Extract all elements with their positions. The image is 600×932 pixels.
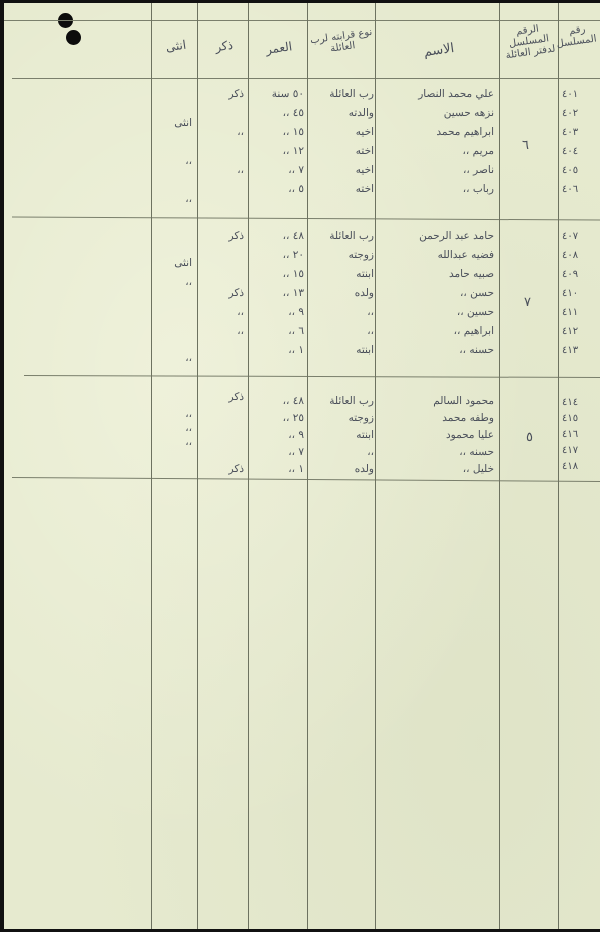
family-3-serials: ٤١٤ ٤١٥ ٤١٦ ٤١٧ ٤١٨ <box>562 395 578 475</box>
serial: ٤١٥ <box>562 411 578 427</box>
member-relation: ،، <box>312 303 374 322</box>
member-age: ٤٨ ،، <box>254 393 304 410</box>
col-line-3 <box>248 3 249 929</box>
col-line-5 <box>375 3 376 929</box>
member-male: ،، <box>202 161 244 180</box>
member-relation: ،، <box>312 322 374 341</box>
member-name: علي محمد النصار <box>384 85 494 104</box>
member-female <box>156 330 192 349</box>
family-1-relations: رب العائلة والدته اخيه اخته اخيه اخته <box>312 85 374 199</box>
serial: ٤١٧ <box>562 443 578 459</box>
member-female <box>156 95 192 114</box>
serial: ٤١٦ <box>562 427 578 443</box>
member-female: ،، <box>156 152 192 171</box>
member-female: ،، <box>156 273 192 292</box>
serial: ٤١٠ <box>562 284 578 303</box>
member-age: ٢٥ ،، <box>254 410 304 427</box>
member-name: نزهه حسين <box>384 104 494 123</box>
family-2-male: ذكر ذكر ،، ،، <box>202 227 244 360</box>
member-name: مريم ،، <box>384 142 494 161</box>
member-age: ٤٨ ،، <box>254 227 304 246</box>
member-age: ٧ ،، <box>254 444 304 461</box>
member-age: ١٢ ،، <box>254 142 304 161</box>
serial: ٤١٣ <box>562 341 578 360</box>
member-age: ٦ ،، <box>254 322 304 341</box>
member-age: ١٣ ،، <box>254 284 304 303</box>
member-name: حسين ،، <box>384 303 494 322</box>
family-1-female: انثى ،، ،، <box>156 95 192 209</box>
member-male <box>202 406 244 424</box>
member-female <box>156 449 192 463</box>
member-male <box>202 180 244 199</box>
member-relation: ،، <box>312 444 374 461</box>
member-female <box>156 133 192 152</box>
member-male: ذكر <box>202 284 244 303</box>
member-relation: والدته <box>312 104 374 123</box>
member-female: انثى <box>156 254 192 273</box>
member-name: عليا محمود <box>384 427 494 444</box>
header-male: ذكر <box>201 38 246 55</box>
member-female <box>156 171 192 190</box>
family-2-rule <box>24 375 600 378</box>
member-name: وطفه محمد <box>384 410 494 427</box>
family-1-names: علي محمد النصار نزهه حسين ابراهيم محمد م… <box>384 85 494 199</box>
member-female <box>156 311 192 330</box>
member-relation: اخته <box>312 180 374 199</box>
member-name: حسنه ،، <box>384 444 494 461</box>
family-2-female: انثى ،، ،، <box>156 235 192 368</box>
family-3-names: محمود السالم وطفه محمد عليا محمود حسنه ،… <box>384 393 494 478</box>
member-age: ٧ ،، <box>254 161 304 180</box>
member-name: حسنه ،، <box>384 341 494 360</box>
member-age: ٢٠ ،، <box>254 246 304 265</box>
col-line-1 <box>151 3 152 929</box>
member-relation: ولده <box>312 461 374 478</box>
family-2-serials: ٤٠٧ ٤٠٨ ٤٠٩ ٤١٠ ٤١١ ٤١٢ ٤١٣ <box>562 227 578 360</box>
header-serial: رقم المسلسل <box>559 23 598 50</box>
member-female <box>156 292 192 311</box>
family-1-ages: ٥٠ سنة ٤٥ ،، ١٥ ،، ١٢ ،، ٧ ،، ٥ ،، <box>254 85 304 199</box>
member-name: حسن ،، <box>384 284 494 303</box>
member-name: محمود السالم <box>384 393 494 410</box>
family-1-serials: ٤٠١ ٤٠٢ ٤٠٣ ٤٠٤ ٤٠٥ ٤٠٦ <box>562 85 578 199</box>
member-relation: رب العائلة <box>312 393 374 410</box>
family-3-rule <box>12 477 600 482</box>
member-male <box>202 341 244 360</box>
header-household: الرقم المسلسل لدفتر العائلة <box>499 21 559 61</box>
member-relation: زوجته <box>312 410 374 427</box>
member-male <box>202 424 244 442</box>
member-male: ذكر <box>202 388 244 406</box>
member-name: فضيه عبدالله <box>384 246 494 265</box>
serial: ٤٠٤ <box>562 142 578 161</box>
member-name: ناصر ،، <box>384 161 494 180</box>
col-line-2 <box>197 3 198 929</box>
member-male <box>202 246 244 265</box>
serial: ٤٠٩ <box>562 265 578 284</box>
member-male: ذكر <box>202 460 244 478</box>
member-age: ١٥ ،، <box>254 265 304 284</box>
member-relation: اخيه <box>312 161 374 180</box>
family-3-ages: ٤٨ ،، ٢٥ ،، ٩ ،، ٧ ،، ١ ،، <box>254 393 304 478</box>
serial: ٤١٢ <box>562 322 578 341</box>
member-relation: ابنته <box>312 265 374 284</box>
member-age: ٩ ،، <box>254 303 304 322</box>
serial: ٤٠٧ <box>562 227 578 246</box>
member-female: انثى <box>156 114 192 133</box>
header-name: الاسم <box>394 39 485 62</box>
member-female: ،، <box>156 407 192 421</box>
member-age: ٩ ،، <box>254 427 304 444</box>
member-male: ،، <box>202 123 244 142</box>
col-line-7 <box>558 3 559 929</box>
member-name: ابراهيم ،، <box>384 322 494 341</box>
member-age: ١ ،، <box>254 341 304 360</box>
member-name: حامد عبد الرحمن <box>384 227 494 246</box>
header-age: العمر <box>253 40 304 58</box>
header-relation: نوع قرابته لرب العائلة <box>309 27 375 58</box>
member-age: ٥٠ سنة <box>254 85 304 104</box>
member-male: ،، <box>202 303 244 322</box>
serial: ٤١٨ <box>562 459 578 475</box>
serial: ٤٠٢ <box>562 104 578 123</box>
serial: ٤٠٥ <box>562 161 578 180</box>
family-1-rule <box>12 216 600 220</box>
member-male: ذكر <box>202 85 244 104</box>
col-line-6 <box>499 3 500 929</box>
serial: ٤٠٣ <box>562 123 578 142</box>
member-relation: رب العائلة <box>312 227 374 246</box>
family-3-female: ،، ،، ،، <box>156 393 192 463</box>
member-male <box>202 142 244 161</box>
member-relation: اخته <box>312 142 374 161</box>
member-female: ،، <box>156 435 192 449</box>
member-relation: اخيه <box>312 123 374 142</box>
member-relation: ولده <box>312 284 374 303</box>
member-male <box>202 265 244 284</box>
member-age: ٤٥ ،، <box>254 104 304 123</box>
register-page: رقم المسلسل الرقم المسلسل لدفتر العائلة … <box>4 3 600 929</box>
member-female: ،، <box>156 349 192 368</box>
member-age: ١ ،، <box>254 461 304 478</box>
family-2-relations: رب العائلة زوجته ابنته ولده ،، ،، ابنته <box>312 227 374 360</box>
punch-hole-2 <box>66 30 81 45</box>
header-female: انثى <box>155 38 196 54</box>
member-age: ٥ ،، <box>254 180 304 199</box>
header-rule <box>12 78 600 79</box>
col-line-4 <box>307 3 308 929</box>
member-male <box>202 442 244 460</box>
family-2-names: حامد عبد الرحمن فضيه عبدالله صبيه حامد ح… <box>384 227 494 360</box>
family-2-household-number: ٧ <box>524 295 531 310</box>
member-relation: زوجته <box>312 246 374 265</box>
member-female: ،، <box>156 190 192 209</box>
family-3-male: ذكر ذكر <box>202 388 244 478</box>
member-name: رباب ،، <box>384 180 494 199</box>
serial: ٤٠١ <box>562 85 578 104</box>
top-rule <box>4 20 600 21</box>
member-female <box>156 235 192 254</box>
member-female: ،، <box>156 421 192 435</box>
member-male: ذكر <box>202 227 244 246</box>
member-name: خليل ،، <box>384 461 494 478</box>
serial: ٤٠٦ <box>562 180 578 199</box>
member-relation: ابنته <box>312 341 374 360</box>
member-name: ابراهيم محمد <box>384 123 494 142</box>
family-3-relations: رب العائلة زوجته ابنته ،، ولده <box>312 393 374 478</box>
serial: ٤٠٨ <box>562 246 578 265</box>
member-male <box>202 104 244 123</box>
member-female <box>156 393 192 407</box>
serial: ٤١١ <box>562 303 578 322</box>
family-1-male: ذكر ،، ،، <box>202 85 244 199</box>
family-3-household-number: ٥ <box>526 430 533 445</box>
family-2-ages: ٤٨ ،، ٢٠ ،، ١٥ ،، ١٣ ،، ٩ ،، ٦ ،، ١ ،، <box>254 227 304 360</box>
member-relation: رب العائلة <box>312 85 374 104</box>
member-relation: ابنته <box>312 427 374 444</box>
member-name: صبيه حامد <box>384 265 494 284</box>
family-1-household-number: ٦ <box>522 138 529 153</box>
member-male: ،، <box>202 322 244 341</box>
member-age: ١٥ ،، <box>254 123 304 142</box>
serial: ٤١٤ <box>562 395 578 411</box>
